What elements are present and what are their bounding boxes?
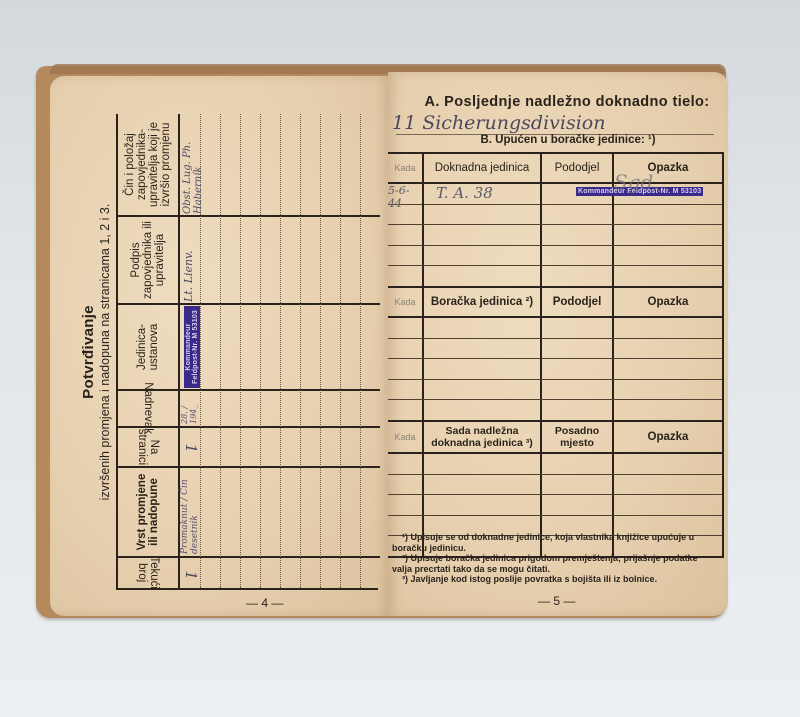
table-row: 5-6-44 T. A. 38 Kommandeur Feldpost-Nr. … <box>388 184 722 205</box>
table-body: 1 Promaknut / Čin desetnik 1 28. / 194_ … <box>180 114 380 588</box>
header-podpis: Podpis zapovjednika ili upravitelja <box>118 215 178 303</box>
table-row <box>388 495 722 516</box>
signature: Sgd. <box>614 170 660 194</box>
confirmation-form: Potvrđivanje izvršenih promjena i nadopu… <box>80 114 380 590</box>
footnotes: ¹) Upisuje se od doknadne jedinice, koja… <box>392 532 720 585</box>
table-row <box>388 266 722 286</box>
form-title: Potvrđivanje <box>80 114 97 590</box>
entry-vrst-promjene: Promaknut / Čin desetnik <box>180 468 200 554</box>
unit-stamp: Kommandeur Feldpost-Nr. M 53103 <box>184 306 200 388</box>
table-row <box>388 246 722 267</box>
open-booklet: Potvrđivanje izvršenih promjena i nadopu… <box>36 62 732 622</box>
right-page: A. Posljednje nadležno doknadno tielo: 1… <box>388 72 728 616</box>
table-row <box>388 318 722 339</box>
header-jedinica: Jedinica-ustanova <box>118 303 178 389</box>
page-number-right: — 5 — <box>538 594 575 608</box>
page-number-left: — 4 — <box>246 596 283 610</box>
table-row <box>388 400 722 420</box>
table-header: Kada Doknadna jedinica Pododjel Opazka <box>388 152 722 184</box>
header-cin-polozaj: Čin i položaj zapovjednika-upravitelja k… <box>118 114 178 215</box>
entry-cin-polozaj: Obst. Lug. Ph. Haberník <box>182 116 204 214</box>
footnote-1: ¹) Upisuje se od doknadne jedinice, koja… <box>392 532 720 553</box>
section-a-handwritten-value: 11 Sicherungsdivision <box>392 112 605 134</box>
table-boracka-jedinica: Kada Boračka jedinica ²) Pododjel Opazka <box>388 286 722 420</box>
form-subtitle: izvršenih promjena i nadopuna na stranic… <box>98 114 112 590</box>
table-header: Kada Sada nadležna doknadna jedinica ³) … <box>388 420 722 454</box>
table-row <box>388 339 722 360</box>
rotated-form-wrapper: Potvrđivanje izvršenih promjena i nadopu… <box>80 114 380 590</box>
header-nadnevak: Nadnevak <box>118 389 178 426</box>
table-row <box>388 225 722 246</box>
header-vrst-promjene: Vrst promjene ili nadopune <box>118 466 178 556</box>
footnote-3: ³) Javljanje kod istog poslije povratka … <box>392 574 720 585</box>
table-row <box>388 475 722 496</box>
footnote-2: ²) Upisuje boračka jedinica prigodom pre… <box>392 553 720 574</box>
assignment-tables: Kada Doknadna jedinica Pododjel Opazka 5… <box>388 152 724 558</box>
table-row <box>388 205 722 226</box>
section-a-title: A. Posljednje nadležno doknadno tielo: <box>412 94 722 110</box>
table-row <box>388 380 722 401</box>
entry-podpis: Lt. Lienv. <box>182 218 195 302</box>
table-header: Tekući broj Vrst promjene ili nadopune N… <box>118 114 180 588</box>
left-page: Potvrđivanje izvršenih promjena i nadopu… <box>50 76 390 616</box>
confirmation-table: Tekući broj Vrst promjene ili nadopune N… <box>116 114 378 590</box>
section-b-title: B. Upućen u boračke jedinice: ¹) <box>418 134 718 146</box>
entry-tekuci-broj: 1 <box>182 570 200 580</box>
header-tekuci-broj: Tekući broj <box>118 556 178 588</box>
entry-nadnevak: 28. / 194_ <box>180 392 198 424</box>
entry-na-stranici: 1 <box>182 443 200 453</box>
table-header: Kada Boračka jedinica ²) Pododjel Opazka <box>388 286 722 318</box>
table-doknadna-jedinica: Kada Doknadna jedinica Pododjel Opazka 5… <box>388 152 722 286</box>
table-row <box>388 454 722 475</box>
table-row <box>388 359 722 380</box>
